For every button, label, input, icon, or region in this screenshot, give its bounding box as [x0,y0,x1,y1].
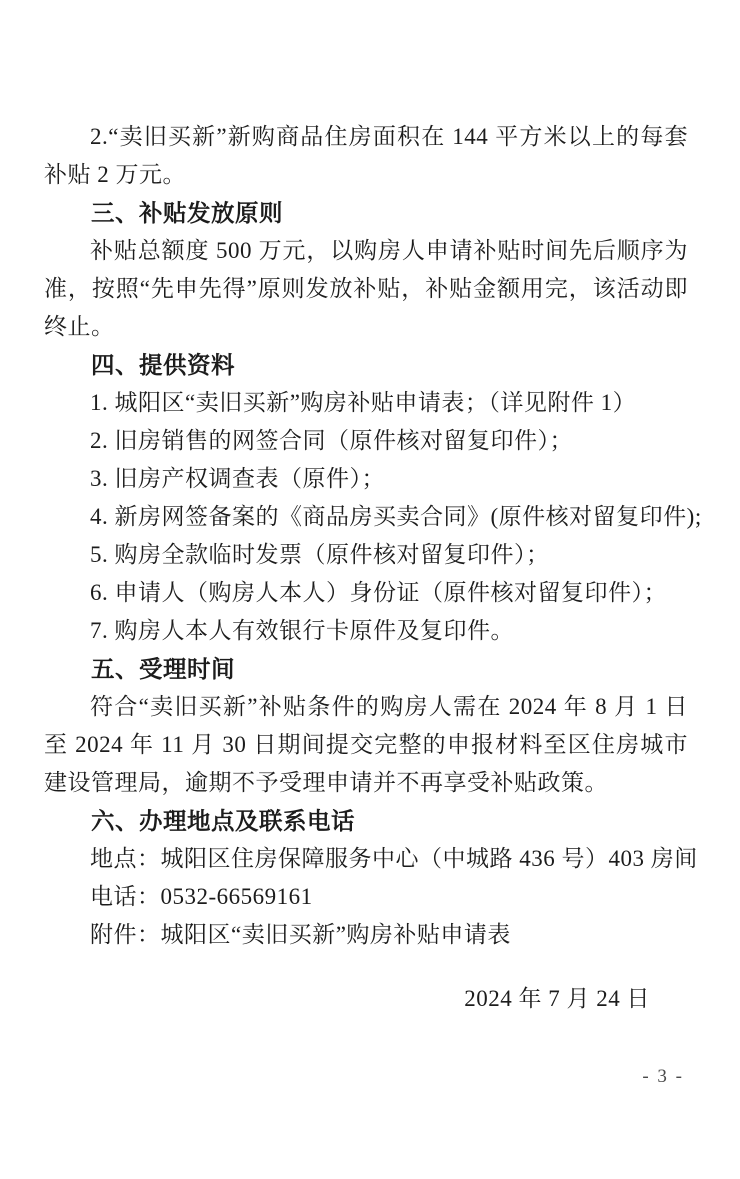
section-4-heading: 四、提供资料 [44,346,688,384]
document-date: 2024 年 7 月 24 日 [44,980,688,1018]
material-item-5: 5. 购房全款临时发票（原件核对留复印件）； [44,536,688,574]
section-3-heading: 三、补贴发放原则 [44,194,688,232]
section-5-heading: 五、受理时间 [44,650,688,688]
material-item-4: 4. 新房网签备案的《商品房买卖合同》(原件核对留复印件); [44,498,688,536]
section-6-heading: 六、办理地点及联系电话 [44,802,688,840]
material-item-1: 1. 城阳区“卖旧买新”购房补贴申请表；（详见附件 1） [44,384,688,422]
material-item-2: 2. 旧房销售的网签合同（原件核对留复印件）； [44,422,688,460]
contact-phone-line: 电话：0532-66569161 [44,878,688,916]
material-item-6: 6. 申请人（购房人本人）身份证（原件核对留复印件）； [44,574,688,612]
paragraph-subsidy-principle: 补贴总额度 500 万元，以购房人申请补贴时间先后顺序为准，按照“先申先得”原则… [44,232,688,346]
material-item-3: 3. 旧房产权调查表（原件）； [44,460,688,498]
paragraph-acceptance-period: 符合“卖旧买新”补贴条件的购房人需在 2024 年 8 月 1 日至 2024 … [44,688,688,802]
document-page: 2.“卖旧买新”新购商品住房面积在 144 平方米以上的每套补贴 2 万元。 三… [0,0,740,1179]
contact-address-line: 地点：城阳区住房保障服务中心（中城路 436 号）403 房间 [44,840,688,878]
attachment-line: 附件：城阳区“卖旧买新”购房补贴申请表 [44,916,688,954]
paragraph-subsidy-144sqm: 2.“卖旧买新”新购商品住房面积在 144 平方米以上的每套补贴 2 万元。 [44,118,688,194]
page-number: - 3 - [44,1062,688,1092]
material-item-7: 7. 购房人本人有效银行卡原件及复印件。 [44,612,688,650]
